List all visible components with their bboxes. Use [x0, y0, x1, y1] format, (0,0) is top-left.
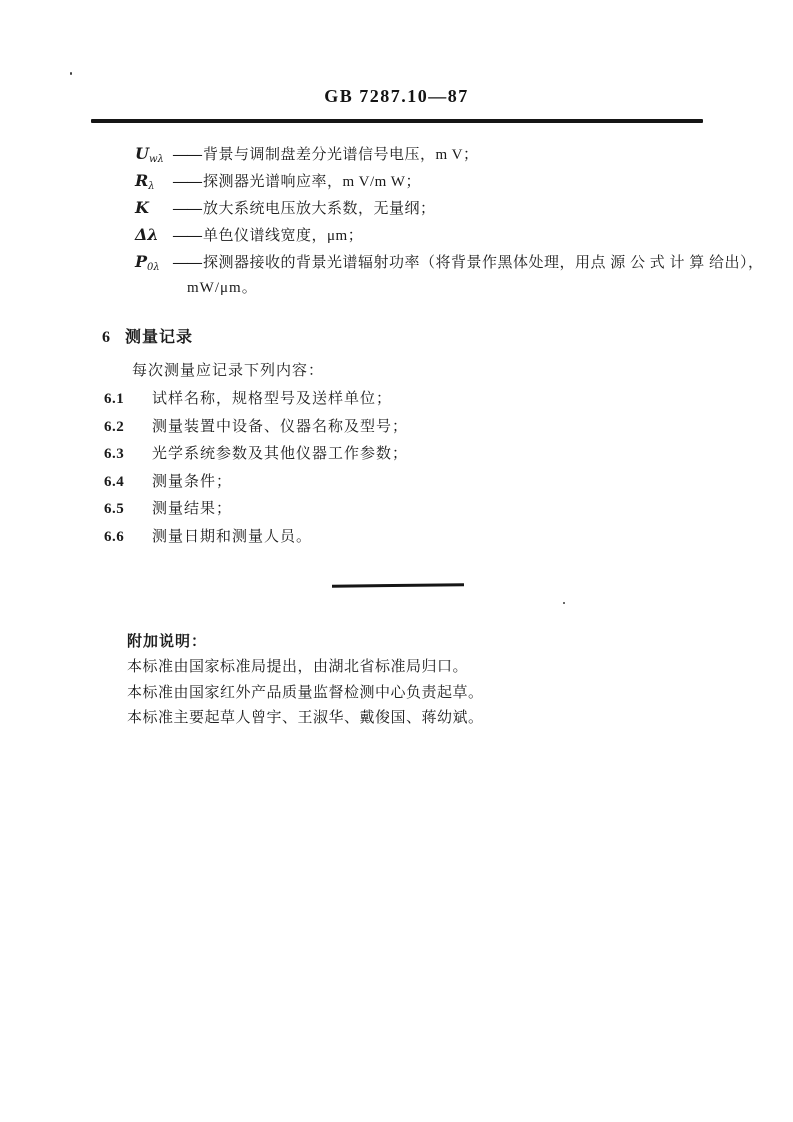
- definition-dash: ——: [173, 142, 201, 169]
- doc-number: GB 7287.10—87: [0, 86, 793, 107]
- symbol-definitions: Uwλ——背景与调制盘差分光谱信号电压，m V； Rλ——探测器光谱响应率，m …: [135, 140, 764, 302]
- definition-dash: ——: [173, 196, 201, 223]
- clause-number: 6.5: [104, 496, 152, 524]
- clause-number: 6.3: [104, 441, 152, 469]
- clause-text: 光学系统参数及其他仪器工作参数；: [152, 446, 408, 462]
- definition-row: K——放大系统电压放大系数，无量纲；: [135, 194, 764, 221]
- scan-speck: [70, 72, 72, 75]
- appendix-title: 附加说明：: [127, 630, 484, 655]
- definition-row: Rλ——探测器光谱响应率，m V/m W；: [135, 167, 764, 194]
- clause-number: 6.4: [104, 469, 152, 497]
- definition-dash: ——: [173, 169, 201, 196]
- clause-text: 测量装置中设备、仪器名称及型号；: [152, 419, 408, 435]
- clause-text: 测量结果；: [152, 501, 232, 517]
- clause-row: 6.1试样名称，规格型号及送样单位；: [104, 386, 408, 414]
- clause-row: 6.2测量装置中设备、仪器名称及型号；: [104, 414, 408, 442]
- definition-dash: ——: [173, 250, 201, 277]
- clause-text: 测量条件；: [152, 474, 232, 490]
- clause-row: 6.4测量条件；: [104, 469, 408, 497]
- definition-text: 探测器接收的背景光谱辐射功率（将背景作黑体处理，用点 源 公 式 计 算 给出）…: [203, 250, 764, 277]
- clause-text: 测量日期和测量人员。: [152, 529, 312, 545]
- appendix-line: 本标准由国家红外产品质量监督检测中心负责起草。: [127, 681, 484, 707]
- definition-text: 单色仪谱线宽度，μm；: [203, 223, 363, 250]
- clause-row: 6.6测量日期和测量人员。: [104, 524, 408, 552]
- clause-row: 6.5测量结果；: [104, 496, 408, 524]
- scan-speck: [563, 602, 565, 604]
- definition-text: 放大系统电压放大系数，无量纲；: [203, 196, 436, 223]
- section-heading: 6测量记录: [102, 324, 193, 347]
- definition-continuation: mW/μm。: [135, 275, 764, 302]
- appendix-block: 附加说明： 本标准由国家标准局提出，由湖北省标准局归口。 本标准由国家红外产品质…: [127, 630, 484, 732]
- section-divider: [332, 583, 464, 587]
- section-intro: 每次测量应记录下列内容：: [132, 359, 324, 380]
- definition-text: 背景与调制盘差分光谱信号电压，m V；: [203, 142, 478, 169]
- definition-row: P0λ——探测器接收的背景光谱辐射功率（将背景作黑体处理，用点 源 公 式 计 …: [135, 248, 764, 275]
- clause-list: 6.1试样名称，规格型号及送样单位； 6.2测量装置中设备、仪器名称及型号； 6…: [104, 386, 408, 551]
- clause-row: 6.3光学系统参数及其他仪器工作参数；: [104, 441, 408, 469]
- definition-row: Uwλ——背景与调制盘差分光谱信号电压，m V；: [135, 140, 764, 167]
- clause-number: 6.2: [104, 414, 152, 442]
- appendix-line: 本标准由国家标准局提出，由湖北省标准局归口。: [127, 655, 484, 681]
- definition-dash: ——: [173, 223, 201, 250]
- header-rule: [91, 119, 703, 123]
- document-page: GB 7287.10—87 Uwλ——背景与调制盘差分光谱信号电压，m V； R…: [0, 0, 793, 1122]
- clause-text: 试样名称，规格型号及送样单位；: [152, 391, 392, 407]
- clause-number: 6.6: [104, 524, 152, 552]
- section-number: 6: [102, 329, 111, 346]
- appendix-line: 本标准主要起草人曾宇、王淑华、戴俊国、蒋幼斌。: [127, 706, 484, 732]
- definition-text: 探测器光谱响应率，m V/m W；: [203, 169, 421, 196]
- definition-row: Δλ——单色仪谱线宽度，μm；: [135, 221, 764, 248]
- definition-symbol: P0λ: [135, 248, 173, 281]
- clause-number: 6.1: [104, 386, 152, 414]
- section-title: 测量记录: [125, 329, 193, 346]
